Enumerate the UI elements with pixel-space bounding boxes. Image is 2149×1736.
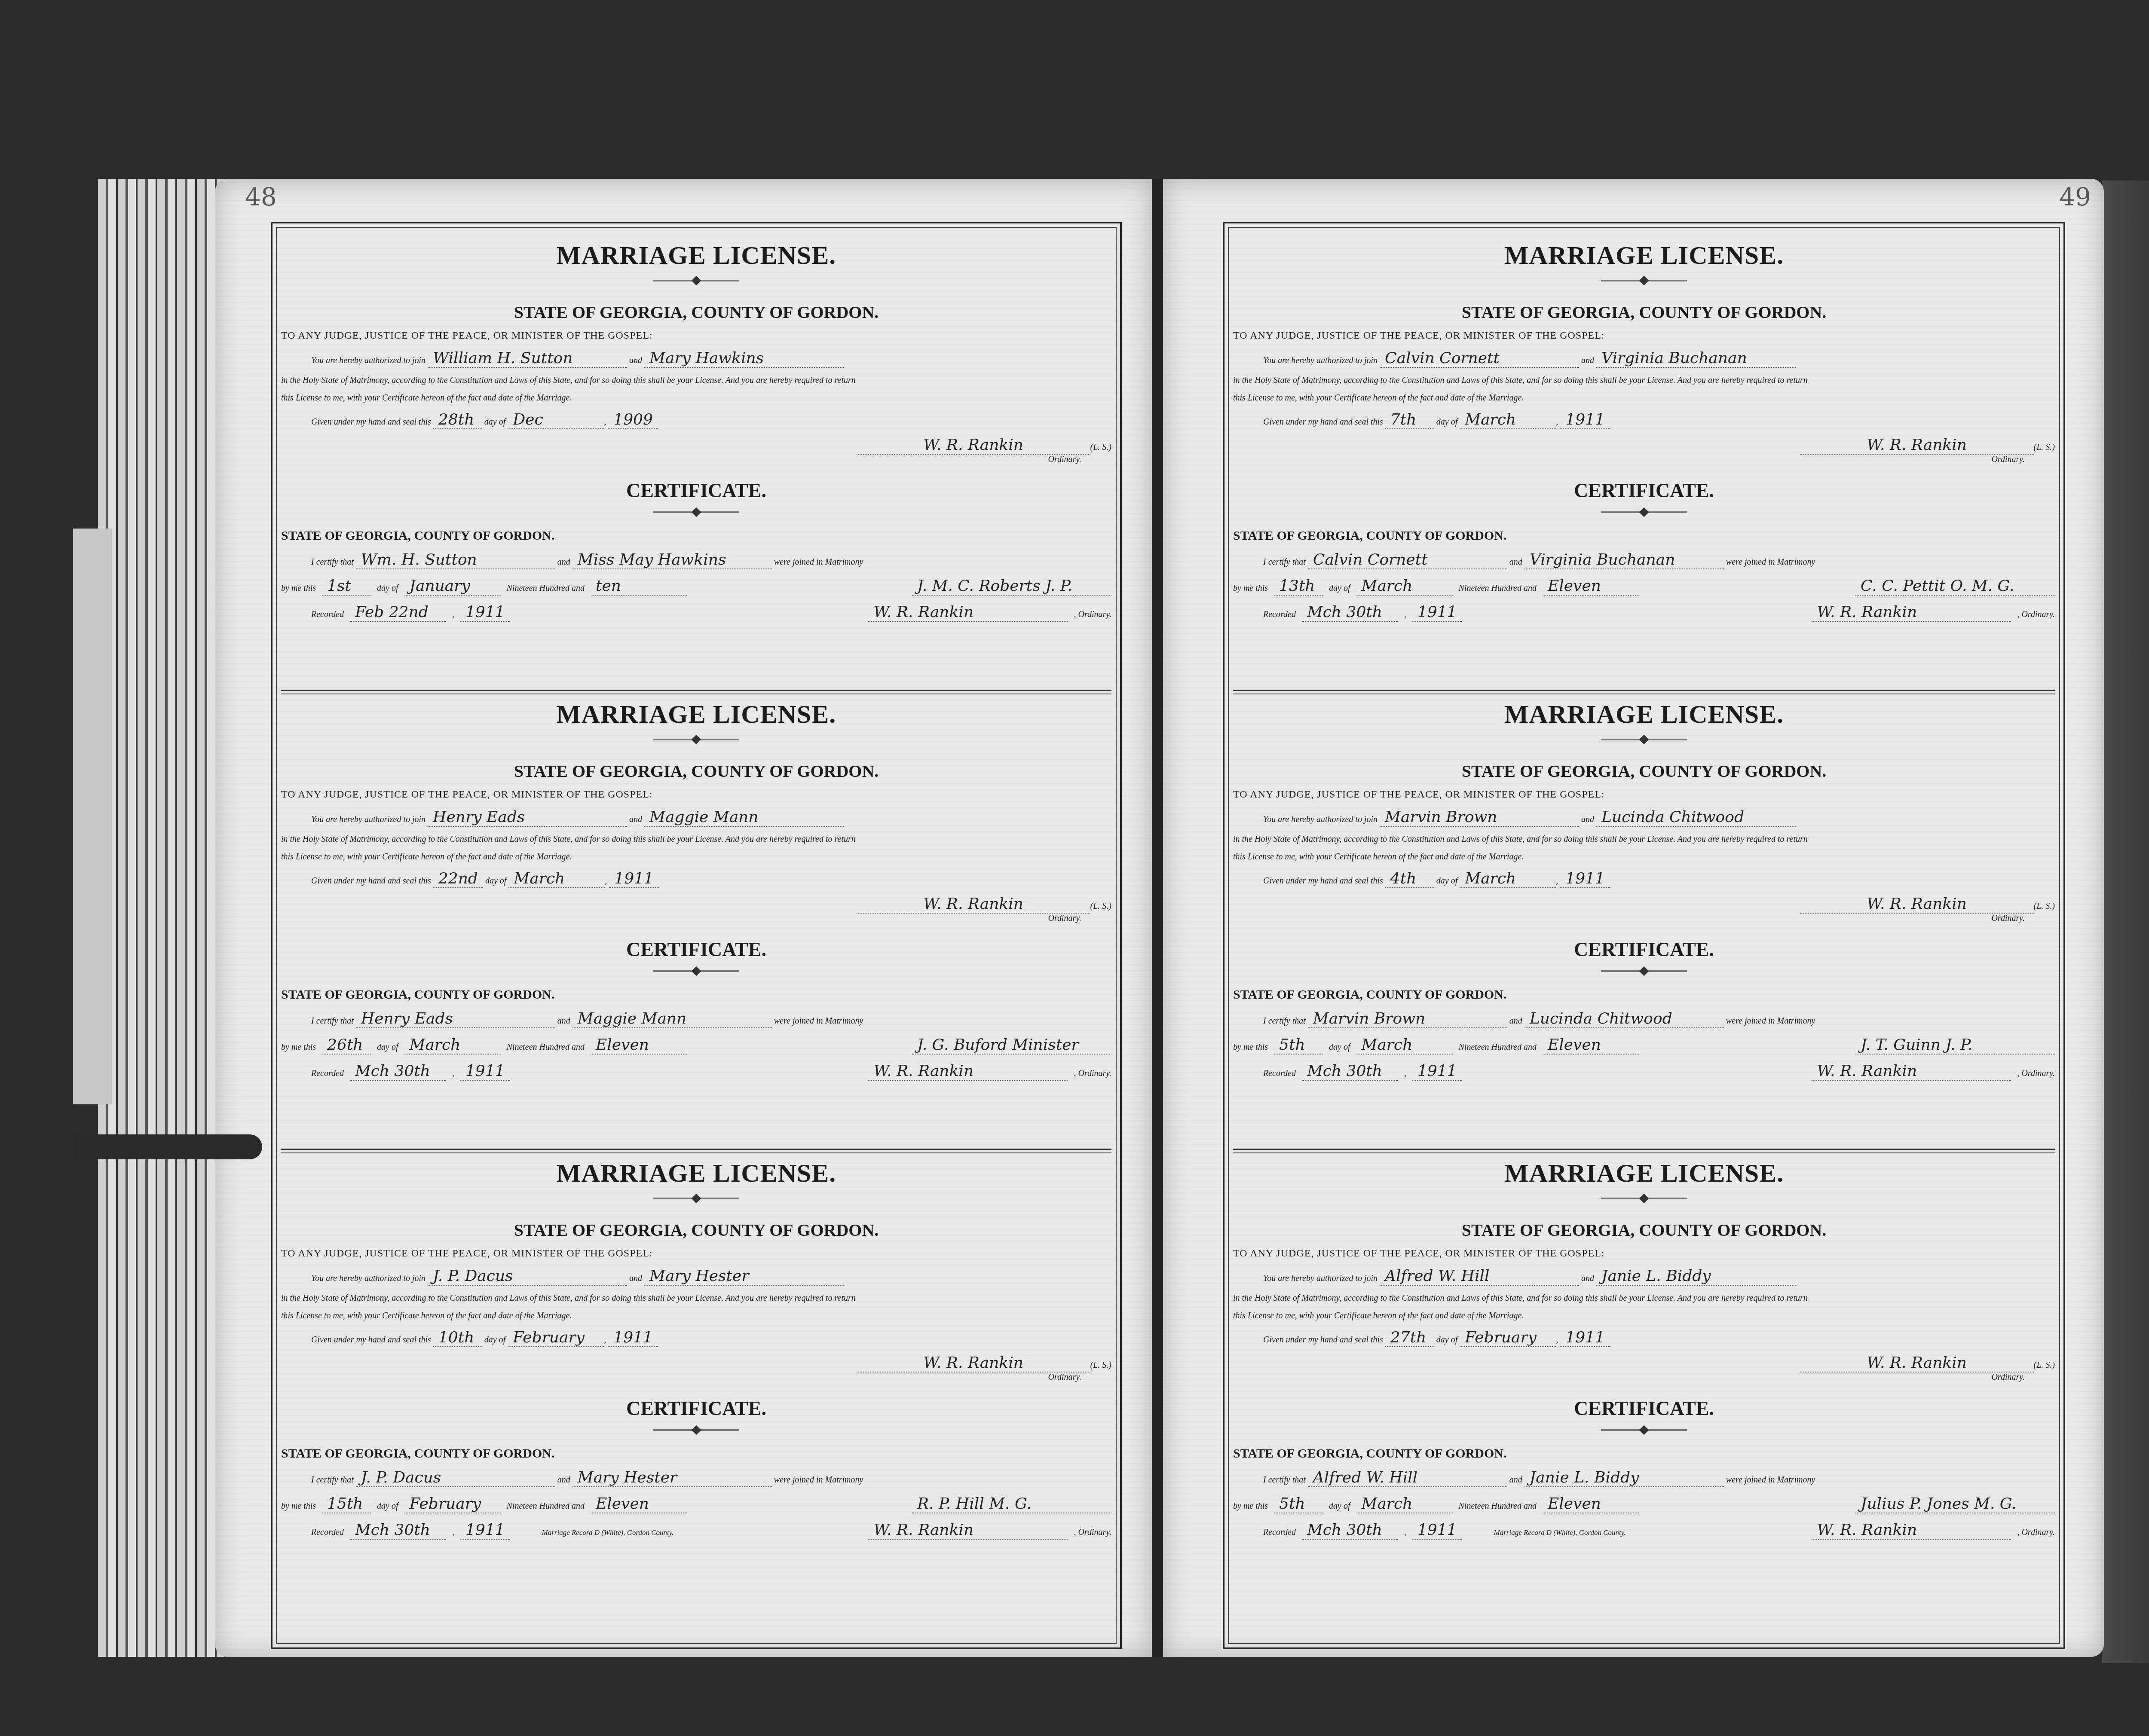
license-title: MARRIAGE LICENSE. — [281, 241, 1111, 270]
book-cover-flap-left — [73, 529, 112, 1104]
recorded-date-field: Mch 30th — [1302, 603, 1398, 622]
bride-name-field: Mary Hester — [644, 1267, 844, 1286]
certify-line: I certify that J. P. Dacus and Mary Hest… — [281, 1469, 1111, 1487]
issuer-signature: W. R. Rankin — [1800, 436, 2034, 455]
bookmark-ribbon — [73, 1134, 262, 1159]
given-line: Given under my hand and seal this 10th d… — [281, 1329, 1111, 1347]
certify-line: I certify that Alfred W. Hill and Janie … — [1233, 1469, 2055, 1487]
ornament-divider-icon — [1601, 280, 1687, 281]
marriage-record-entry: MARRIAGE LICENSE. STATE OF GEORGIA, COUN… — [1233, 1158, 2055, 1540]
ordinary-signature: W. R. Rankin — [868, 1062, 1068, 1081]
issuer-signature-row: W. R. Rankin (L. S.) — [281, 895, 1111, 914]
return-text: this License to me, with your Certificat… — [281, 393, 1111, 403]
license-month-field: February — [508, 1329, 604, 1347]
recorded-year-field: 1911 — [460, 603, 510, 622]
entry-divider — [1233, 690, 2055, 694]
return-text: this License to me, with your Certificat… — [1233, 393, 2055, 403]
certificate-section: CERTIFICATE. STATE OF GEORGIA, COUNTY OF… — [281, 1397, 1111, 1540]
address-line: TO ANY JUDGE, JUSTICE OF THE PEACE, OR M… — [1233, 789, 2055, 801]
officiant-signature: R. P. Hill M. G. — [912, 1495, 1111, 1513]
by-me-line: by me this 1st day of January Nineteen H… — [281, 577, 1111, 596]
marriage-record-entry: MARRIAGE LICENSE. STATE OF GEORGIA, COUN… — [281, 700, 1111, 1081]
authorization-line: You are hereby authorized to join Alfred… — [1233, 1267, 2055, 1286]
page-edges-left — [98, 179, 227, 1657]
ornament-divider-icon — [653, 1429, 739, 1431]
license-title: MARRIAGE LICENSE. — [1233, 241, 2055, 270]
holy-state-text: in the Holy State of Matrimony, accordin… — [281, 834, 1111, 844]
given-line: Given under my hand and seal this 27th d… — [1233, 1329, 2055, 1347]
cert-year-word-field: Eleven — [1543, 1036, 1639, 1054]
authorization-line: You are hereby authorized to join Calvin… — [1233, 349, 2055, 368]
recorded-line: Recorded Mch 30th, 1911 Marriage Record … — [1233, 1521, 2055, 1540]
state-county-heading: STATE OF GEORGIA, COUNTY OF GORDON. — [1233, 987, 2055, 1002]
ornament-divider-icon — [653, 280, 739, 281]
state-county-heading: STATE OF GEORGIA, COUNTY OF GORDON. — [1233, 302, 2055, 322]
address-line: TO ANY JUDGE, JUSTICE OF THE PEACE, OR M… — [281, 1248, 1111, 1259]
groom-name-field: Henry Eads — [428, 808, 627, 827]
groom-name-field: Calvin Cornett — [1380, 349, 1579, 368]
license-day-field: 4th — [1385, 870, 1434, 888]
recorded-line: Recorded Mch 30th, 1911 W. R. Rankin , O… — [1233, 1062, 2055, 1081]
page-number: 48 — [245, 182, 277, 211]
cert-bride-field: Miss May Hawkins — [572, 551, 772, 569]
cert-month-field: March — [404, 1036, 501, 1054]
license-day-field: 27th — [1385, 1329, 1434, 1347]
ornament-divider-icon — [1601, 1429, 1687, 1431]
given-line: Given under my hand and seal this 28th d… — [281, 411, 1111, 429]
return-text: this License to me, with your Certificat… — [1233, 852, 2055, 862]
page-49: 49 MARRIAGE LICENSE. STATE OF GEORGIA, C… — [1163, 179, 2104, 1657]
license-section: MARRIAGE LICENSE. STATE OF GEORGIA, COUN… — [281, 1158, 1111, 1382]
by-me-line: by me this 13th day of March Nineteen Hu… — [1233, 577, 2055, 596]
license-day-field: 7th — [1385, 411, 1434, 429]
cert-day-field: 5th — [1274, 1495, 1323, 1513]
officiant-signature: J. M. C. Roberts J. P. — [912, 577, 1111, 596]
form-frame: MARRIAGE LICENSE. STATE OF GEORGIA, COUN… — [271, 222, 1122, 1649]
book-cover-flap-right — [2102, 180, 2149, 1663]
issuer-signature-row: W. R. Rankin (L. S.) — [281, 1354, 1111, 1372]
cert-year-word-field: Eleven — [1543, 577, 1639, 596]
cert-day-field: 13th — [1274, 577, 1323, 596]
license-section: MARRIAGE LICENSE. STATE OF GEORGIA, COUN… — [1233, 1158, 2055, 1382]
license-year-field: 1911 — [609, 870, 659, 888]
holy-state-text: in the Holy State of Matrimony, accordin… — [1233, 376, 2055, 385]
license-section: MARRIAGE LICENSE. STATE OF GEORGIA, COUN… — [281, 241, 1111, 465]
certificate-title: CERTIFICATE. — [281, 1397, 1111, 1420]
ornament-divider-icon — [1601, 511, 1687, 513]
cert-month-field: March — [1356, 1495, 1453, 1513]
ordinary-label: Ordinary. — [281, 1372, 1111, 1382]
cert-groom-field: Calvin Cornett — [1308, 551, 1507, 569]
license-section: MARRIAGE LICENSE. STATE OF GEORGIA, COUN… — [281, 700, 1111, 923]
return-text: this License to me, with your Certificat… — [281, 852, 1111, 862]
groom-name-field: Marvin Brown — [1380, 808, 1579, 827]
bride-name-field: Maggie Mann — [644, 808, 844, 827]
ornament-divider-icon — [653, 1198, 739, 1199]
ordinary-label: Ordinary. — [1233, 455, 2055, 465]
authorization-line: You are hereby authorized to join Willia… — [281, 349, 1111, 368]
recorded-line: Recorded Mch 30th, 1911 W. R. Rankin , O… — [1233, 603, 2055, 622]
form-frame: MARRIAGE LICENSE. STATE OF GEORGIA, COUN… — [1223, 222, 2065, 1649]
ornament-divider-icon — [1601, 739, 1687, 740]
cert-month-field: January — [404, 577, 501, 596]
cert-groom-field: Marvin Brown — [1308, 1010, 1507, 1028]
recorded-date-field: Mch 30th — [350, 1062, 446, 1081]
recorded-year-field: 1911 — [1412, 1062, 1462, 1081]
state-county-heading: STATE OF GEORGIA, COUNTY OF GORDON. — [1233, 1446, 2055, 1461]
state-county-heading: STATE OF GEORGIA, COUNTY OF GORDON. — [281, 1220, 1111, 1240]
cert-year-word-field: ten — [591, 577, 687, 596]
bride-name-field: Janie L. Biddy — [1596, 1267, 1796, 1286]
license-year-field: 1909 — [608, 411, 658, 429]
cert-bride-field: Janie L. Biddy — [1525, 1469, 1724, 1487]
given-line: Given under my hand and seal this 22nd d… — [281, 870, 1111, 888]
certificate-section: CERTIFICATE. STATE OF GEORGIA, COUNTY OF… — [1233, 938, 2055, 1081]
certificate-section: CERTIFICATE. STATE OF GEORGIA, COUNTY OF… — [281, 938, 1111, 1081]
license-year-field: 1911 — [1560, 1329, 1610, 1347]
certificate-title: CERTIFICATE. — [1233, 1397, 2055, 1420]
license-day-field: 28th — [433, 411, 482, 429]
recorded-line: Recorded Mch 30th, 1911 W. R. Rankin , O… — [281, 1062, 1111, 1081]
given-line: Given under my hand and seal this 7th da… — [1233, 411, 2055, 429]
ordinary-signature: W. R. Rankin — [868, 1521, 1068, 1540]
ordinary-signature: W. R. Rankin — [868, 603, 1068, 622]
groom-name-field: William H. Sutton — [428, 349, 627, 368]
issuer-signature-row: W. R. Rankin (L. S.) — [1233, 1354, 2055, 1372]
record-book-note: Marriage Record D (White), Gordon County… — [1494, 1528, 1626, 1537]
holy-state-text: in the Holy State of Matrimony, accordin… — [1233, 1293, 2055, 1303]
page-number: 49 — [2059, 182, 2091, 211]
cert-groom-field: Wm. H. Sutton — [356, 551, 555, 569]
certify-line: I certify that Calvin Cornett and Virgin… — [1233, 551, 2055, 569]
issuer-signature: W. R. Rankin — [1800, 1354, 2034, 1372]
certificate-section: CERTIFICATE. STATE OF GEORGIA, COUNTY OF… — [1233, 1397, 2055, 1540]
recorded-date-field: Feb 22nd — [350, 603, 446, 622]
recorded-year-field: 1911 — [460, 1521, 510, 1540]
license-year-field: 1911 — [1560, 411, 1610, 429]
license-title: MARRIAGE LICENSE. — [281, 700, 1111, 729]
ordinary-label: Ordinary. — [1233, 914, 2055, 923]
cert-groom-field: Henry Eads — [356, 1010, 555, 1028]
officiant-signature: Julius P. Jones M. G. — [1855, 1495, 2055, 1513]
recorded-date-field: Mch 30th — [1302, 1521, 1398, 1540]
recorded-year-field: 1911 — [1412, 603, 1462, 622]
cert-groom-field: J. P. Dacus — [356, 1469, 555, 1487]
state-county-heading: STATE OF GEORGIA, COUNTY OF GORDON. — [281, 1446, 1111, 1461]
license-title: MARRIAGE LICENSE. — [1233, 1158, 2055, 1188]
recorded-line: Recorded Feb 22nd, 1911 W. R. Rankin , O… — [281, 603, 1111, 622]
authorization-line: You are hereby authorized to join Marvin… — [1233, 808, 2055, 827]
certificate-title: CERTIFICATE. — [1233, 938, 2055, 961]
ordinary-label: Ordinary. — [281, 914, 1111, 923]
cert-month-field: March — [1356, 577, 1453, 596]
recorded-line: Recorded Mch 30th, 1911 Marriage Record … — [281, 1521, 1111, 1540]
by-me-line: by me this 5th day of March Nineteen Hun… — [1233, 1495, 2055, 1513]
address-line: TO ANY JUDGE, JUSTICE OF THE PEACE, OR M… — [1233, 330, 2055, 342]
state-county-heading: STATE OF GEORGIA, COUNTY OF GORDON. — [281, 529, 1111, 543]
groom-name-field: Alfred W. Hill — [1380, 1267, 1579, 1286]
certificate-title: CERTIFICATE. — [281, 938, 1111, 961]
state-county-heading: STATE OF GEORGIA, COUNTY OF GORDON. — [281, 302, 1111, 322]
issuer-signature: W. R. Rankin — [857, 436, 1090, 455]
license-year-field: 1911 — [608, 1329, 658, 1347]
holy-state-text: in the Holy State of Matrimony, accordin… — [1233, 834, 2055, 844]
marriage-record-entry: MARRIAGE LICENSE. STATE OF GEORGIA, COUN… — [1233, 700, 2055, 1081]
authorization-line: You are hereby authorized to join Henry … — [281, 808, 1111, 827]
ornament-divider-icon — [1601, 970, 1687, 972]
license-day-field: 10th — [433, 1329, 482, 1347]
officiant-signature: J. G. Buford Minister — [912, 1036, 1111, 1054]
address-line: TO ANY JUDGE, JUSTICE OF THE PEACE, OR M… — [1233, 1248, 2055, 1259]
holy-state-text: in the Holy State of Matrimony, accordin… — [281, 1293, 1111, 1303]
cert-year-word-field: Eleven — [591, 1036, 687, 1054]
issuer-signature-row: W. R. Rankin (L. S.) — [281, 436, 1111, 455]
state-county-heading: STATE OF GEORGIA, COUNTY OF GORDON. — [1233, 761, 2055, 781]
ornament-divider-icon — [653, 511, 739, 513]
by-me-line: by me this 5th day of March Nineteen Hun… — [1233, 1036, 2055, 1054]
cert-bride-field: Maggie Mann — [572, 1010, 772, 1028]
recorded-date-field: Mch 30th — [350, 1521, 446, 1540]
license-section: MARRIAGE LICENSE. STATE OF GEORGIA, COUN… — [1233, 241, 2055, 465]
return-text: this License to me, with your Certificat… — [1233, 1311, 2055, 1321]
license-year-field: 1911 — [1560, 870, 1610, 888]
cert-month-field: March — [1356, 1036, 1453, 1054]
address-line: TO ANY JUDGE, JUSTICE OF THE PEACE, OR M… — [281, 789, 1111, 801]
by-me-line: by me this 15th day of February Nineteen… — [281, 1495, 1111, 1513]
license-title: MARRIAGE LICENSE. — [1233, 700, 2055, 729]
marriage-record-entry: MARRIAGE LICENSE. STATE OF GEORGIA, COUN… — [281, 1158, 1111, 1540]
cert-bride-field: Lucinda Chitwood — [1525, 1010, 1724, 1028]
ornament-divider-icon — [653, 970, 739, 972]
recorded-date-field: Mch 30th — [1302, 1062, 1398, 1081]
state-county-heading: STATE OF GEORGIA, COUNTY OF GORDON. — [281, 987, 1111, 1002]
ordinary-signature: W. R. Rankin — [1812, 1521, 2011, 1540]
recorded-year-field: 1911 — [1412, 1521, 1462, 1540]
recorded-year-field: 1911 — [460, 1062, 510, 1081]
ornament-divider-icon — [1601, 1198, 1687, 1199]
entry-divider — [281, 1149, 1111, 1153]
return-text: this License to me, with your Certificat… — [281, 1311, 1111, 1321]
certificate-section: CERTIFICATE. STATE OF GEORGIA, COUNTY OF… — [281, 479, 1111, 622]
license-month-field: March — [1460, 411, 1556, 429]
ordinary-label: Ordinary. — [281, 455, 1111, 465]
issuer-signature-row: W. R. Rankin (L. S.) — [1233, 436, 2055, 455]
bride-name-field: Lucinda Chitwood — [1596, 808, 1796, 827]
license-month-field: February — [1460, 1329, 1556, 1347]
cert-day-field: 1st — [322, 577, 371, 596]
issuer-signature-row: W. R. Rankin (L. S.) — [1233, 895, 2055, 914]
cert-month-field: February — [404, 1495, 501, 1513]
license-month-field: March — [508, 870, 605, 888]
cert-day-field: 15th — [322, 1495, 371, 1513]
issuer-signature: W. R. Rankin — [857, 1354, 1090, 1372]
license-section: MARRIAGE LICENSE. STATE OF GEORGIA, COUN… — [1233, 700, 2055, 923]
license-title: MARRIAGE LICENSE. — [281, 1158, 1111, 1188]
issuer-signature: W. R. Rankin — [1800, 895, 2034, 914]
entry-divider — [281, 690, 1111, 694]
officiant-signature: J. T. Guinn J. P. — [1855, 1036, 2055, 1054]
certify-line: I certify that Wm. H. Sutton and Miss Ma… — [281, 551, 1111, 569]
entry-divider — [1233, 1149, 2055, 1153]
state-county-heading: STATE OF GEORGIA, COUNTY OF GORDON. — [281, 761, 1111, 781]
groom-name-field: J. P. Dacus — [428, 1267, 627, 1286]
bride-name-field: Mary Hawkins — [644, 349, 844, 368]
certify-line: I certify that Marvin Brown and Lucinda … — [1233, 1010, 2055, 1028]
record-book-note: Marriage Record D (White), Gordon County… — [542, 1528, 674, 1537]
certificate-title: CERTIFICATE. — [1233, 479, 2055, 502]
given-line: Given under my hand and seal this 4th da… — [1233, 870, 2055, 888]
book-gutter — [1152, 179, 1163, 1657]
cert-year-word-field: Eleven — [1543, 1495, 1639, 1513]
cert-year-word-field: Eleven — [591, 1495, 687, 1513]
state-county-heading: STATE OF GEORGIA, COUNTY OF GORDON. — [1233, 529, 2055, 543]
ornament-divider-icon — [653, 739, 739, 740]
marriage-record-entry: MARRIAGE LICENSE. STATE OF GEORGIA, COUN… — [1233, 241, 2055, 622]
certify-line: I certify that Henry Eads and Maggie Man… — [281, 1010, 1111, 1028]
bride-name-field: Virginia Buchanan — [1596, 349, 1796, 368]
cert-bride-field: Virginia Buchanan — [1525, 551, 1724, 569]
page-48: 48 MARRIAGE LICENSE. STATE OF GEORGIA, C… — [215, 179, 1152, 1657]
holy-state-text: in the Holy State of Matrimony, accordin… — [281, 376, 1111, 385]
license-month-field: Dec — [508, 411, 604, 429]
certificate-title: CERTIFICATE. — [281, 479, 1111, 502]
license-day-field: 22nd — [433, 870, 483, 888]
cert-day-field: 26th — [322, 1036, 371, 1054]
authorization-line: You are hereby authorized to join J. P. … — [281, 1267, 1111, 1286]
cert-bride-field: Mary Hester — [572, 1469, 772, 1487]
issuer-signature: W. R. Rankin — [857, 895, 1090, 914]
officiant-signature: C. C. Pettit O. M. G. — [1855, 577, 2055, 596]
ordinary-label: Ordinary. — [1233, 1372, 2055, 1382]
license-month-field: March — [1460, 870, 1556, 888]
cert-day-field: 5th — [1274, 1036, 1323, 1054]
by-me-line: by me this 26th day of March Nineteen Hu… — [281, 1036, 1111, 1054]
marriage-record-entry: MARRIAGE LICENSE. STATE OF GEORGIA, COUN… — [281, 241, 1111, 622]
ordinary-signature: W. R. Rankin — [1812, 603, 2011, 622]
certificate-section: CERTIFICATE. STATE OF GEORGIA, COUNTY OF… — [1233, 479, 2055, 622]
cert-groom-field: Alfred W. Hill — [1308, 1469, 1507, 1487]
ordinary-signature: W. R. Rankin — [1812, 1062, 2011, 1081]
address-line: TO ANY JUDGE, JUSTICE OF THE PEACE, OR M… — [281, 330, 1111, 342]
state-county-heading: STATE OF GEORGIA, COUNTY OF GORDON. — [1233, 1220, 2055, 1240]
